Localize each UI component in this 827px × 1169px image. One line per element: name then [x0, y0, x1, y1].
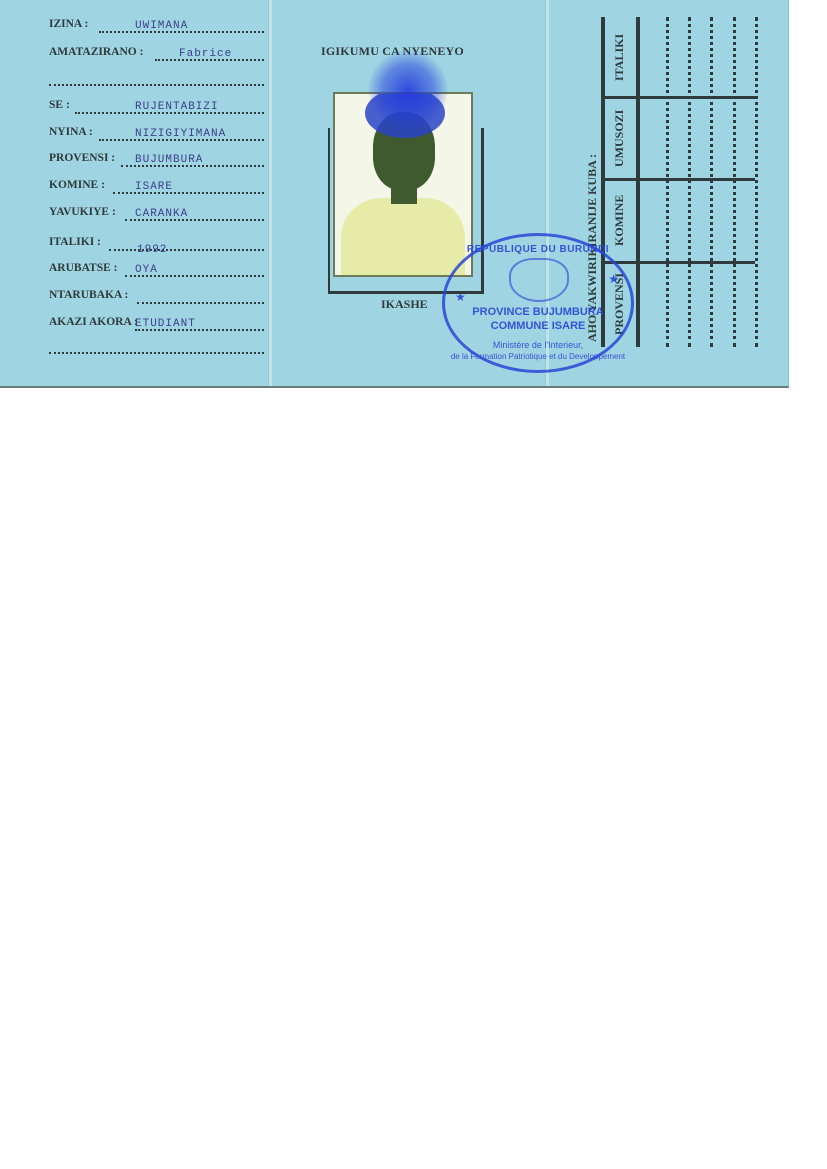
dotted-column-line — [733, 17, 736, 347]
photo-shirt — [341, 198, 465, 277]
field-value: ISARE — [135, 181, 173, 193]
field-value: OYA — [135, 264, 158, 276]
field-label: AMATAZIRANO : — [49, 46, 143, 58]
field-value: CARANKA — [135, 208, 188, 220]
coat-of-arms-icon — [509, 258, 569, 302]
field-italiki: ITALIKI : 1992 — [49, 236, 264, 254]
dotted-column-line — [755, 17, 758, 347]
field-label: KOMINE : — [49, 179, 105, 191]
field-ntarubaka: NTARUBAKA : — [49, 289, 264, 307]
field-label: PROVENSI : — [49, 152, 115, 164]
field-provensi: PROVENSI : BUJUMBURA — [49, 152, 264, 170]
stamp-commune: COMMUNE ISARE — [445, 320, 631, 332]
fingerprint-ink-blot — [368, 50, 448, 130]
dotted-line — [137, 302, 264, 304]
field-value: Fabrice — [179, 48, 232, 60]
photo-caption: IKASHE — [381, 297, 428, 312]
field-value: BUJUMBURA — [135, 154, 203, 166]
field-label: ITALIKI : — [49, 236, 101, 248]
field-value: UWIMANA — [135, 20, 188, 32]
blank-line — [49, 352, 264, 354]
field-value: NIZIGIYIMANA — [135, 128, 226, 140]
column-umusozi: UMUSOZI — [612, 99, 627, 177]
dotted-line — [109, 249, 264, 251]
field-label: SE : — [49, 99, 70, 111]
dotted-column-line — [688, 17, 691, 347]
field-komine: KOMINE : ISARE — [49, 179, 264, 197]
stamp-ministry: Ministère de l'Interieur, — [445, 340, 631, 350]
field-value: 1992 — [137, 244, 167, 256]
stamp-province: PROVINCE BUJUMBURA — [445, 306, 631, 318]
field-nyina: NYINA : NIZIGIYIMANA — [49, 126, 264, 144]
stamp-ministry-continued: de la Formation Patriotique et du Develo… — [445, 352, 631, 361]
field-label: NYINA : — [49, 126, 93, 138]
dotted-column-line — [666, 17, 669, 347]
dotted-column-line — [710, 17, 713, 347]
field-label: YAVUKIYE : — [49, 206, 116, 218]
star-icon: ★ — [455, 290, 466, 304]
stamp-country: REPUBLIQUE DU BURUNDI — [445, 244, 631, 255]
field-izina: IZINA : UWIMANA — [49, 18, 264, 36]
id-card: IZINA : UWIMANA AMATAZIRANO : Fabrice SE… — [0, 0, 789, 388]
field-value: RUJENTABIZI — [135, 101, 219, 113]
field-se: SE : RUJENTABIZI — [49, 99, 264, 117]
blank-line — [49, 84, 264, 86]
field-label: AKAZI AKORA : — [49, 316, 138, 328]
field-value: ETUDIANT — [135, 318, 196, 330]
column-italiki: ITALIKI — [612, 20, 627, 94]
field-akazi-akora: AKAZI AKORA : ETUDIANT — [49, 316, 264, 334]
field-label: IZINA : — [49, 18, 88, 30]
field-arubatse: ARUBATSE : OYA — [49, 262, 264, 280]
field-amatazirano: AMATAZIRANO : Fabrice — [49, 46, 264, 64]
field-yavukiye: YAVUKIYE : CARANKA — [49, 206, 264, 224]
official-stamp: REPUBLIQUE DU BURUNDI ★ ★ PROVINCE BUJUM… — [442, 233, 634, 373]
table-border — [636, 17, 640, 347]
field-label: NTARUBAKA : — [49, 289, 128, 301]
star-icon: ★ — [608, 272, 619, 286]
field-label: ARUBATSE : — [49, 262, 117, 274]
fold-line — [268, 0, 272, 386]
